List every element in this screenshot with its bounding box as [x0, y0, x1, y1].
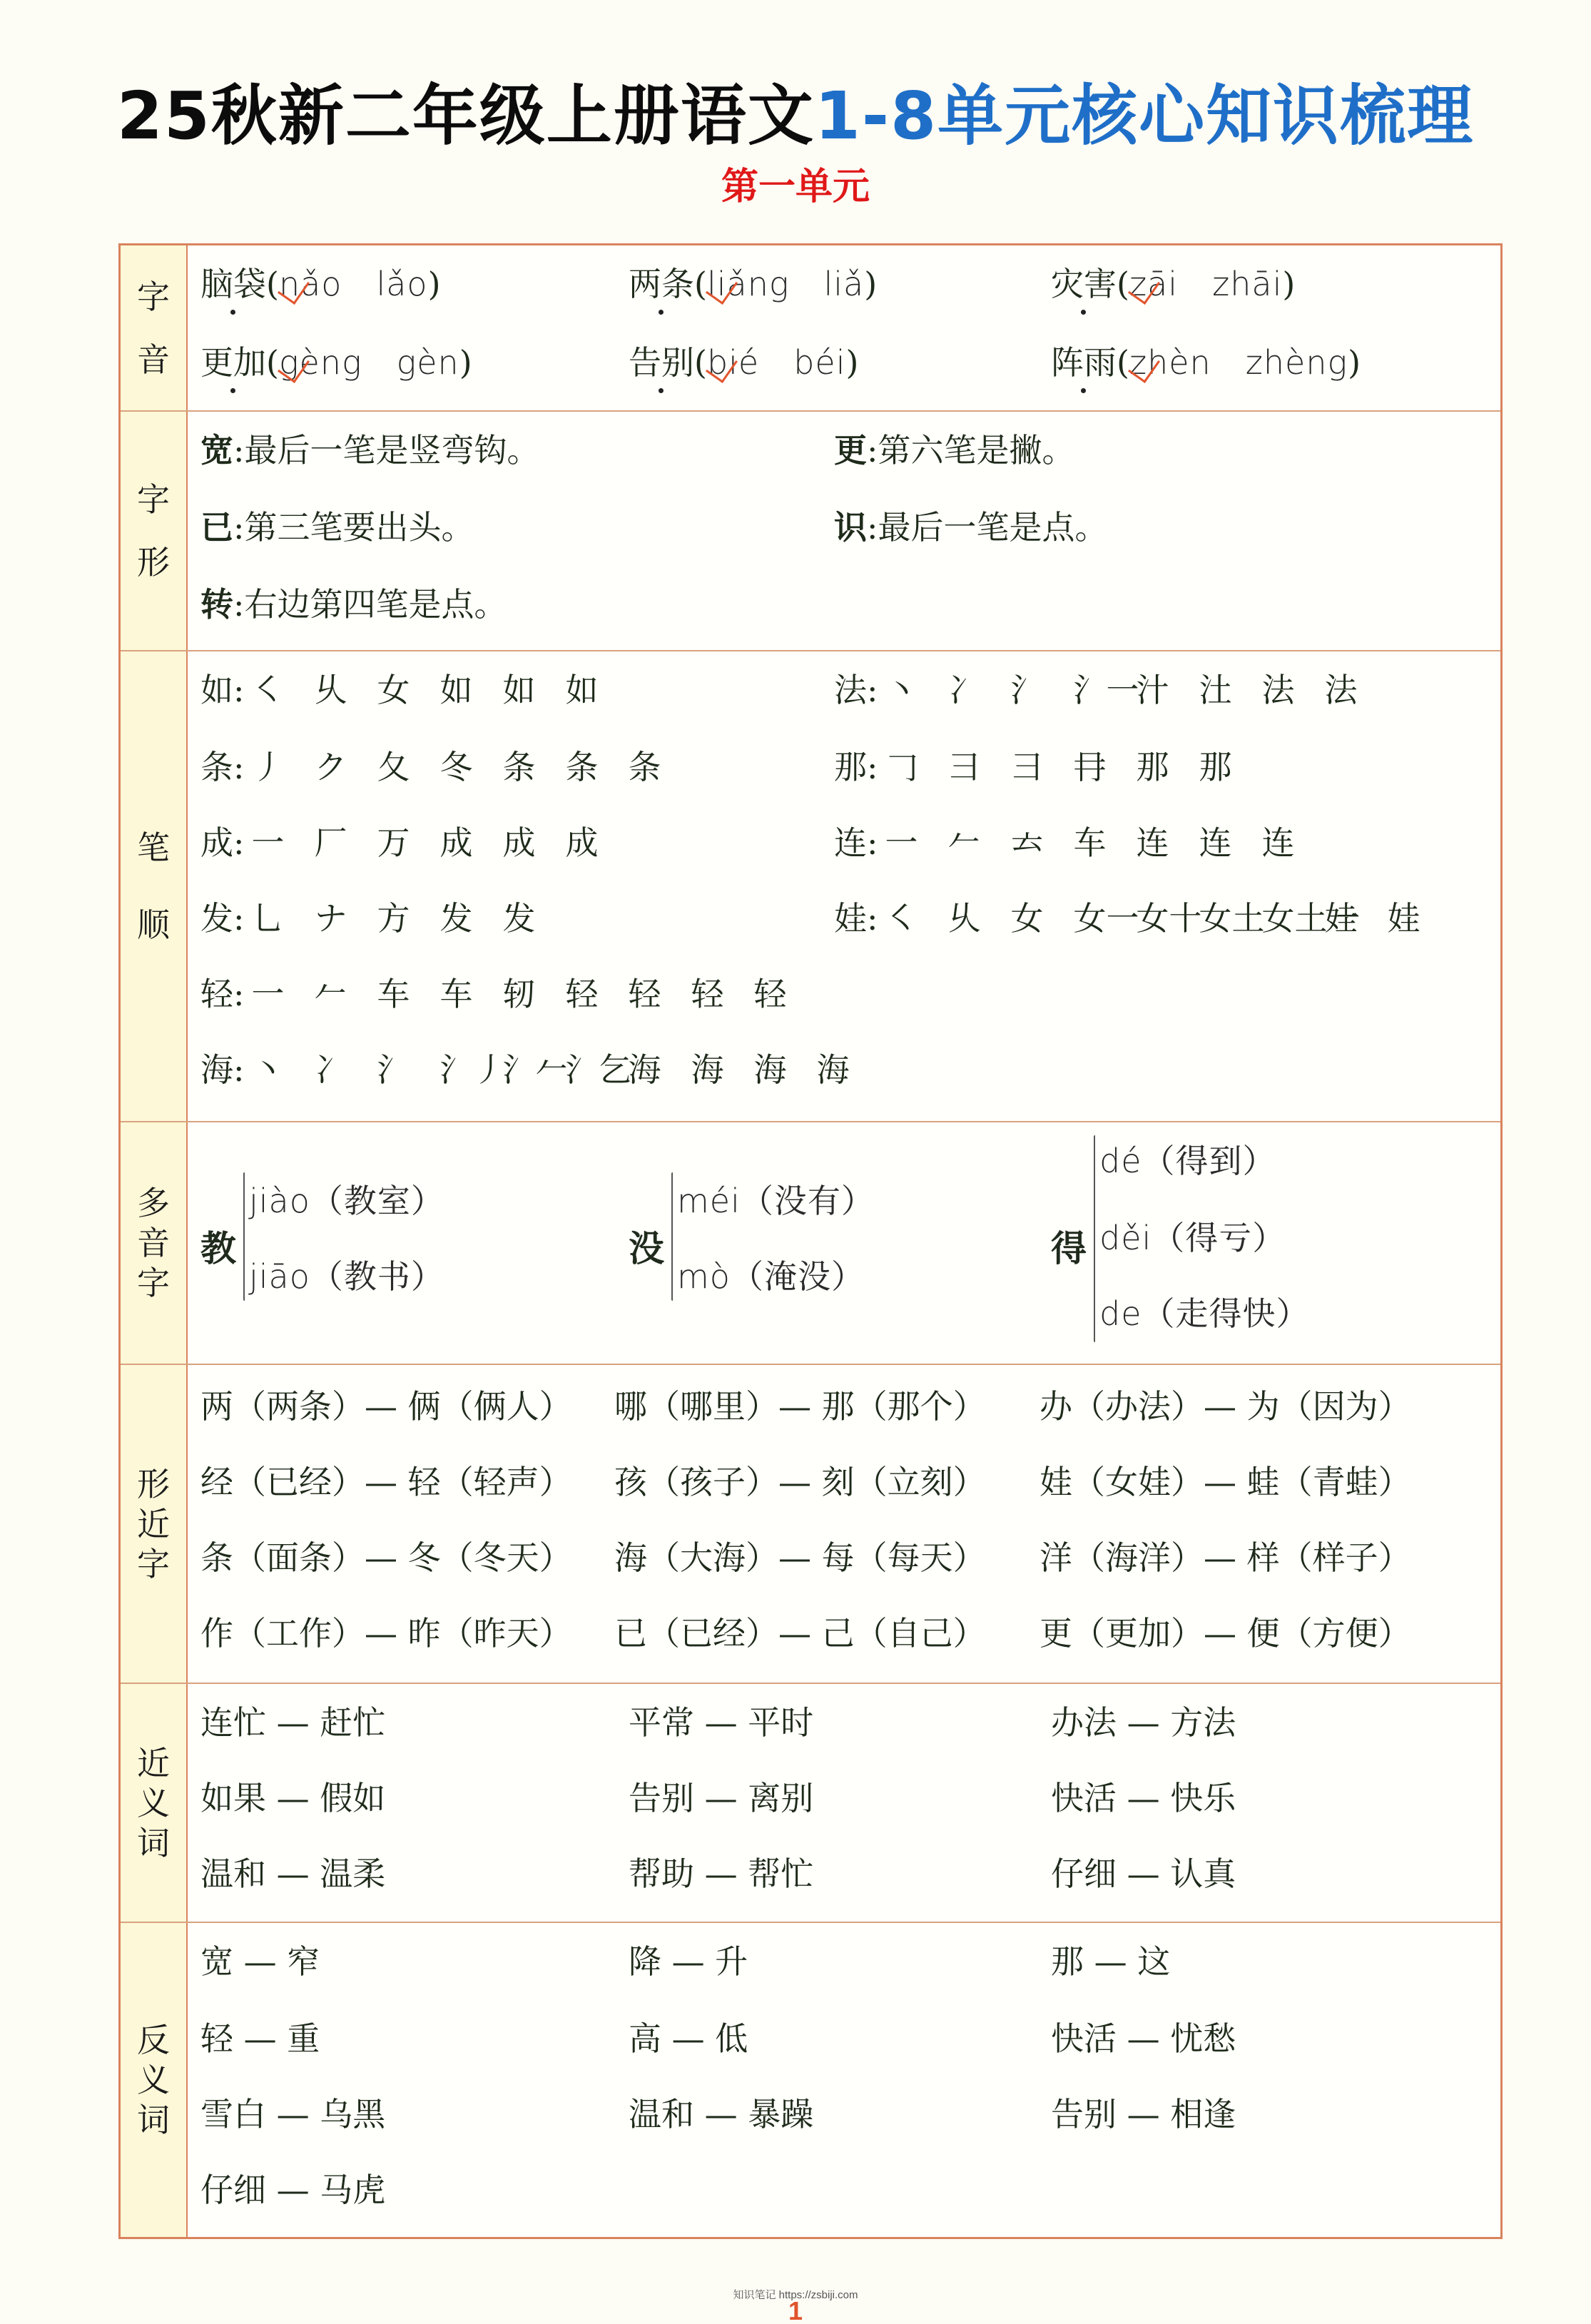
- similar-char-pair: 作（工作）— 昨（昨天）: [200, 1613, 572, 1653]
- polyphonic-reading: dé（得到）: [1099, 1141, 1276, 1181]
- stroke-step: 一: [252, 974, 315, 1014]
- stroke-step: 女: [1011, 898, 1074, 938]
- polyphonic-char: 没: [629, 1220, 664, 1272]
- antonym-pair: 雪白 — 乌黑: [200, 2094, 385, 2134]
- stroke-order-item: 海:丶冫氵氵丿氵𠂉氵乞海海海海: [200, 1050, 880, 1090]
- stroke-char: 海: [200, 1050, 233, 1089]
- stroke-step: 轻: [691, 974, 754, 1014]
- stroke-step: 法: [1262, 670, 1325, 710]
- stroke-step: ナ: [315, 898, 377, 938]
- section-pronunciation: 字 音 脑袋(nǎolǎo) 两条(liǎngliǎ) 灾害(zāizhāi) …: [121, 245, 1500, 410]
- stroke-char: 那: [834, 748, 867, 786]
- stroke-order-item: 轻:一𠂉车车轫轻轻轻轻: [200, 974, 817, 1014]
- stroke-step: 娃: [1325, 898, 1388, 938]
- stroke-step: 海: [629, 1050, 691, 1090]
- pronunciation-item: 阵雨(zhènzhèng): [1051, 342, 1361, 382]
- stroke-step: 海: [754, 1050, 817, 1090]
- stroke-step: 女土一: [1262, 898, 1325, 938]
- stroke-order-item: 那:𠃌彐彐冄那那: [834, 747, 1262, 787]
- stroke-step: 女土: [1199, 898, 1262, 938]
- synonym-pair: 连忙 — 赶忙: [200, 1703, 385, 1742]
- similar-char-pair: 更（更加）— 便（方便）: [1040, 1613, 1411, 1653]
- brace: [243, 1172, 245, 1301]
- stroke-step: 冫: [315, 1050, 377, 1090]
- pronunciation-item: 灾害(zāizhāi): [1051, 264, 1295, 304]
- stroke-step: 汁: [1137, 670, 1199, 710]
- stroke-step: 丶: [885, 670, 948, 710]
- stroke-step: 那: [1199, 747, 1262, 787]
- stroke-char: 成: [200, 823, 233, 862]
- stroke-step: 丿: [252, 747, 315, 787]
- antonym-pair: 宽 — 窄: [200, 1942, 320, 1982]
- stroke-step: 氵: [1011, 670, 1074, 710]
- stroke-step: 娃: [1388, 898, 1450, 938]
- stroke-step: 海: [817, 1050, 880, 1090]
- stroke-step: 彐: [1011, 747, 1074, 787]
- antonym-pair: 轻 — 重: [200, 2019, 320, 2059]
- stroke-order-item: 如:㇛乆女如如如: [200, 670, 629, 710]
- stroke-step: 方: [377, 898, 440, 938]
- right-pinyin: zhāi: [1212, 265, 1282, 303]
- stroke-step: 乆: [948, 898, 1011, 938]
- page-number: 1: [0, 2296, 1591, 2324]
- stroke-step: 彐: [948, 747, 1011, 787]
- title-highlight: 1-8单元核心知识梳理: [815, 78, 1474, 154]
- stroke-step: 一: [885, 823, 948, 863]
- stroke-step: 冄: [1074, 747, 1137, 787]
- right-pinyin: béi: [793, 343, 845, 382]
- polyphonic-reading: jiào（教室）: [249, 1181, 444, 1221]
- synonym-pair: 帮助 — 帮忙: [629, 1854, 813, 1894]
- stroke-step: 冬: [440, 747, 503, 787]
- section-antonyms: 反 义 词 宽 — 窄降 — 升那 — 这轻 — 重高 — 低快活 — 忧愁雪白…: [121, 1922, 1500, 2237]
- stroke-char: 如: [200, 671, 233, 709]
- shape-item: 宽:最后一笔是竖弯钩。: [200, 430, 540, 470]
- stroke-step: 如: [440, 670, 503, 710]
- polyphonic-reading: jiāo（教书）: [249, 1257, 444, 1297]
- similar-char-pair: 孩（孩子）— 刻（立刻）: [614, 1462, 986, 1502]
- stroke-step: 𠂉: [948, 823, 1011, 863]
- stroke-step: 厂: [315, 823, 377, 863]
- synonym-pair: 平常 — 平时: [629, 1703, 813, 1742]
- antonym-pair: 仔细 — 马虎: [200, 2170, 385, 2210]
- stroke-order-item: 法:丶冫氵氵一汁汢法法: [834, 670, 1388, 710]
- right-pinyin: lǎo: [376, 265, 427, 303]
- similar-char-pair: 海（大海）— 每（每天）: [614, 1538, 986, 1578]
- stroke-step: 𠫓: [1011, 823, 1074, 863]
- stroke-step: 车: [440, 974, 503, 1014]
- synonym-pair: 如果 — 假如: [200, 1778, 385, 1818]
- similar-char-pair: 办（办法）— 为（因为）: [1040, 1386, 1411, 1426]
- stroke-step: 海: [691, 1050, 754, 1090]
- antonym-pair: 高 — 低: [629, 2019, 748, 2059]
- synonym-pair: 办法 — 方法: [1051, 1703, 1236, 1742]
- stroke-step: 夂: [377, 747, 440, 787]
- antonym-pair: 告别 — 相逢: [1051, 2094, 1236, 2134]
- stroke-step: ㇛: [885, 898, 948, 938]
- stroke-step: 那: [1137, 747, 1199, 787]
- right-pinyin: gèn: [397, 343, 459, 382]
- stroke-step: ㇛: [252, 670, 315, 710]
- polyphonic-char: 教: [200, 1220, 236, 1272]
- stroke-step: 车: [1074, 823, 1137, 863]
- stroke-step: 如: [566, 670, 629, 710]
- stroke-step: 轻: [754, 974, 817, 1014]
- stroke-char: 法: [834, 671, 867, 709]
- pronunciation-item: 两条(liǎngliǎ): [629, 264, 877, 304]
- synonym-pair: 快活 — 快乐: [1051, 1778, 1236, 1818]
- stroke-step: 冫: [948, 670, 1011, 710]
- stroke-step: 发: [503, 898, 566, 938]
- section-label: 字 音: [121, 245, 188, 410]
- stroke-step: 轫: [503, 974, 566, 1014]
- pronunciation-item: 脑袋(nǎolǎo): [200, 264, 441, 304]
- section-stroke-order: 笔 顺 如:㇛乆女如如如法:丶冫氵氵一汁汢法法条:丿ク夂冬条条条那:𠃌彐彐冄那那…: [121, 650, 1500, 1121]
- brace: [671, 1172, 673, 1301]
- stroke-step: 轻: [629, 974, 691, 1014]
- stroke-step: 法: [1325, 670, 1388, 710]
- wrong-pinyin: zāi: [1129, 265, 1178, 303]
- section-label: 字 形: [121, 412, 188, 650]
- synonym-pair: 仔细 — 认真: [1051, 1854, 1236, 1894]
- stroke-step: 条: [629, 747, 691, 787]
- wrong-pinyin: gèng: [279, 343, 362, 382]
- title-main: 25秋新二年级上册语文: [117, 78, 815, 154]
- stroke-step: 汢: [1199, 670, 1262, 710]
- stroke-step: 发: [440, 898, 503, 938]
- pronunciation-item: 告别(biébéi): [629, 342, 858, 382]
- stroke-step: 女十: [1137, 898, 1199, 938]
- stroke-step: 轻: [566, 974, 629, 1014]
- stroke-step: 乆: [315, 670, 377, 710]
- stroke-char: 连: [834, 823, 867, 862]
- stroke-step: 车: [377, 974, 440, 1014]
- stroke-step: 一: [252, 823, 315, 863]
- stroke-step: 连: [1262, 823, 1325, 863]
- stroke-step: 乚: [252, 898, 315, 938]
- stroke-order-item: 连:一𠂉𠫓车连连连: [834, 823, 1325, 863]
- stroke-step: ク: [315, 747, 377, 787]
- stroke-step: 氵丿: [440, 1050, 503, 1090]
- stroke-order-item: 成:一厂万成成成: [200, 823, 629, 863]
- similar-char-pair: 哪（哪里）— 那（那个）: [614, 1386, 986, 1426]
- stroke-char: 娃: [834, 899, 867, 938]
- synonym-pair: 告别 — 离别: [629, 1778, 813, 1818]
- antonym-pair: 快活 — 忧愁: [1051, 2019, 1236, 2059]
- stroke-step: 连: [1137, 823, 1199, 863]
- antonym-pair: 那 — 这: [1051, 1942, 1170, 1982]
- section-label: 笔 顺: [121, 651, 188, 1121]
- stroke-step: 丶: [252, 1050, 315, 1090]
- shape-item: 转:右边第四笔是点。: [200, 584, 507, 624]
- stroke-step: 𠃌: [885, 747, 948, 787]
- polyphonic-reading: méi（没有）: [677, 1181, 875, 1221]
- wrong-pinyin: zhèn: [1129, 343, 1211, 382]
- stroke-step: 氵一: [1074, 670, 1137, 710]
- shape-item: 识:最后一笔是点。: [834, 507, 1108, 547]
- stroke-step: 条: [503, 747, 566, 787]
- section-similar-chars: 形 近 字 两（两条）— 俩（俩人）哪（哪里）— 那（那个）办（办法）— 为（因…: [121, 1364, 1500, 1683]
- stroke-step: 连: [1199, 823, 1262, 863]
- stroke-order-item: 娃:㇛乆女女一女十女土女土一娃娃: [834, 898, 1450, 938]
- shape-item: 已:第三笔要出头。: [200, 507, 474, 547]
- page-title: 25秋新二年级上册语文1-8单元核心知识梳理: [0, 77, 1591, 156]
- stroke-step: 氵: [377, 1050, 440, 1090]
- stroke-order-item: 条:丿ク夂冬条条条: [200, 747, 691, 787]
- stroke-order-item: 发:乚ナ方发发: [200, 898, 566, 938]
- polyphonic-char: 得: [1051, 1220, 1087, 1272]
- stroke-step: 如: [503, 670, 566, 710]
- similar-char-pair: 娃（女娃）— 蛙（青蛙）: [1040, 1462, 1411, 1502]
- right-pinyin: zhèng: [1246, 343, 1348, 382]
- similar-char-pair: 已（已经）— 己（自己）: [614, 1613, 986, 1653]
- polyphonic-reading: de（走得快）: [1099, 1294, 1310, 1334]
- section-shape: 字 形 宽:最后一笔是竖弯钩。 更:第六笔是撇。 已:第三笔要出头。 识:最后一…: [121, 410, 1500, 650]
- synonym-pair: 温和 — 温柔: [200, 1854, 385, 1894]
- stroke-char: 发: [200, 899, 233, 938]
- stroke-char: 条: [200, 748, 233, 786]
- polyphonic-reading: mò（淹没）: [677, 1257, 865, 1297]
- brace: [1094, 1135, 1095, 1342]
- stroke-step: 氵𠂉: [503, 1050, 566, 1090]
- section-synonyms: 近 义 词 连忙 — 赶忙平常 — 平时办法 — 方法如果 — 假如告别 — 离…: [121, 1683, 1500, 1922]
- stroke-step: 成: [440, 823, 503, 863]
- wrong-pinyin: bié: [707, 343, 759, 382]
- unit-subtitle: 第一单元: [0, 166, 1591, 208]
- antonym-pair: 温和 — 暴躁: [629, 2094, 813, 2134]
- similar-char-pair: 条（面条）— 冬（冬天）: [200, 1538, 572, 1578]
- right-pinyin: liǎ: [823, 265, 864, 303]
- stroke-step: 成: [566, 823, 629, 863]
- shape-item: 更:第六笔是撇。: [834, 430, 1075, 470]
- stroke-step: 成: [503, 823, 566, 863]
- section-label: 多 音 字: [121, 1122, 188, 1364]
- stroke-step: 女: [377, 670, 440, 710]
- wrong-pinyin: nǎo: [279, 265, 342, 303]
- stroke-step: 𠂉: [315, 974, 377, 1014]
- antonym-pair: 降 — 升: [629, 1942, 748, 1982]
- section-label: 反 义 词: [121, 1923, 188, 2237]
- pronunciation-item: 更加(gènggèn): [200, 342, 472, 382]
- stroke-step: 万: [377, 823, 440, 863]
- stroke-step: 女一: [1074, 898, 1137, 938]
- section-label: 近 义 词: [121, 1684, 188, 1922]
- wrong-pinyin: liǎng: [707, 265, 790, 303]
- similar-char-pair: 经（已经）— 轻（轻声）: [200, 1462, 572, 1502]
- knowledge-table: 字 音 脑袋(nǎolǎo) 两条(liǎngliǎ) 灾害(zāizhāi) …: [118, 243, 1503, 2239]
- similar-char-pair: 两（两条）— 俩（俩人）: [200, 1386, 572, 1426]
- stroke-char: 轻: [200, 975, 233, 1013]
- stroke-step: 条: [566, 747, 629, 787]
- polyphonic-reading: děi（得亏）: [1099, 1218, 1286, 1258]
- section-polyphonic: 多 音 字 教 jiào（教室） jiāo（教书） 没 méi（没有） mò（淹…: [121, 1121, 1500, 1364]
- section-label: 形 近 字: [121, 1365, 188, 1683]
- similar-char-pair: 洋（海洋）— 样（样子）: [1040, 1538, 1411, 1578]
- stroke-step: 氵乞: [566, 1050, 629, 1090]
